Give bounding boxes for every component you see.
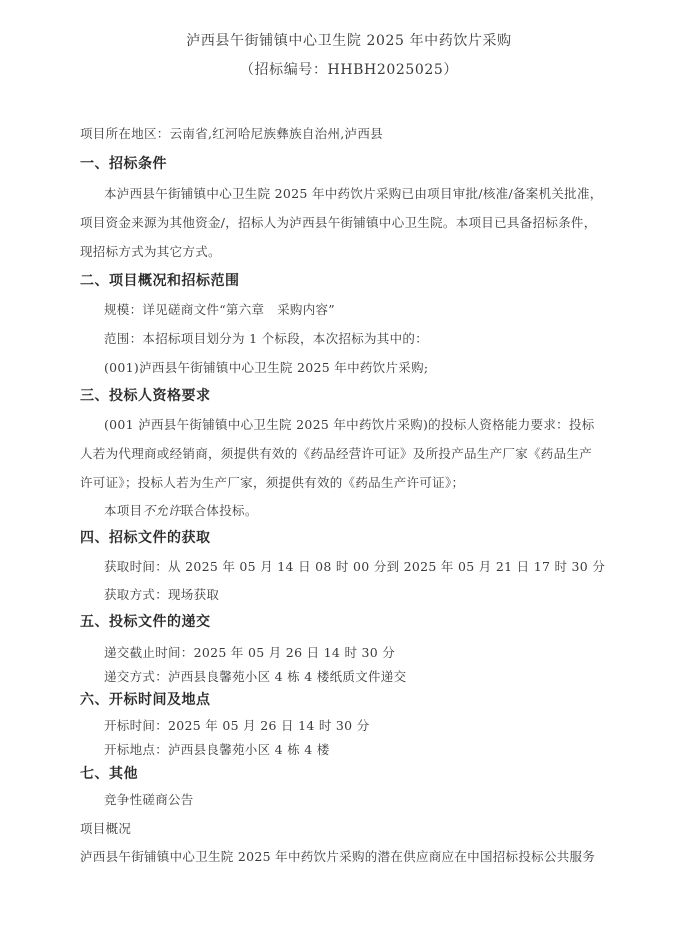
- document-page: 泸西县午街铺镇中心卫生院 2025 年中药饮片采购 （招标编号：HHBH2025…: [0, 0, 698, 938]
- section-heading-4: 四、招标文件的获取: [80, 530, 211, 546]
- section-4-line-2: 获取方式：现场获取: [104, 587, 219, 603]
- section-2-line-2: 范围：本招标项目划分为 1 个标段，本次招标为其中的：: [104, 331, 428, 347]
- section-heading-1: 一、招标条件: [80, 156, 167, 172]
- section-5-line-2: 递交方式：泸西县良馨苑小区 4 栋 4 楼纸质文件递交: [104, 669, 406, 685]
- section-2-line-3: (001)泸西县午街铺镇中心卫生院 2025 年中药饮片采购;: [104, 360, 428, 376]
- section-1-line-3: 现招标方式为其它方式。: [80, 244, 221, 260]
- section-6-line-1: 开标时间：2025 年 05 月 26 日 14 时 30 分: [104, 718, 370, 734]
- section-1-line-2: 项目资金来源为其他资金/，招标人为泸西县午街铺镇中心卫生院。本项目已具备招标条件…: [80, 215, 597, 231]
- section-5-line-1: 递交截止时间：2025 年 05 月 26 日 14 时 30 分: [104, 645, 395, 661]
- overview-label: 项目概况: [80, 821, 131, 837]
- tender-number: （招标编号：HHBH2025025）: [0, 62, 698, 78]
- section-3-line-3: 许可证》；投标人若为生产厂家，须提供有效的《药品生产许可证》；: [80, 475, 464, 491]
- section-7-line-1: 竞争性磋商公告: [104, 792, 194, 808]
- section-3-line-2: 人若为代理商或经销商，须提供有效的《药品经营许可证》及所投产品生产厂家《药品生产: [80, 446, 592, 462]
- section-heading-2: 二、项目概况和招标范围: [80, 273, 240, 289]
- section-heading-5: 五、投标文件的递交: [80, 614, 211, 630]
- section-heading-7: 七、其他: [80, 766, 138, 782]
- consortium-emphasis: 不允许: [142, 503, 180, 518]
- consortium-line: 本项目不允许联合体投标。: [104, 503, 258, 519]
- section-1-line-1: 本泸西县午街铺镇中心卫生院 2025 年中药饮片采购已由项目审批/核准/备案机关…: [104, 186, 603, 202]
- section-6-line-2: 开标地点：泸西县良馨苑小区 4 栋 4 楼: [104, 742, 330, 758]
- section-3-line-1: (001 泸西县午街铺镇中心卫生院 2025 年中药饮片采购)的投标人资格能力要…: [104, 417, 595, 433]
- consortium-suffix: 联合体投标。: [181, 503, 258, 518]
- section-heading-3: 三、投标人资格要求: [80, 388, 211, 404]
- region-line: 项目所在地区：云南省,红河哈尼族彝族自治州,泸西县: [80, 126, 383, 142]
- document-title: 泸西县午街铺镇中心卫生院 2025 年中药饮片采购: [0, 33, 698, 49]
- section-2-line-1: 规模：详见磋商文件“第六章 采购内容”: [104, 302, 335, 318]
- section-4-line-1: 获取时间：从 2025 年 05 月 14 日 08 时 00 分到 2025 …: [104, 559, 605, 575]
- consortium-prefix: 本项目: [104, 503, 142, 518]
- overview-text: 泸西县午街铺镇中心卫生院 2025 年中药饮片采购的潜在供应商应在中国招标投标公…: [80, 849, 595, 865]
- section-heading-6: 六、开标时间及地点: [80, 692, 211, 708]
